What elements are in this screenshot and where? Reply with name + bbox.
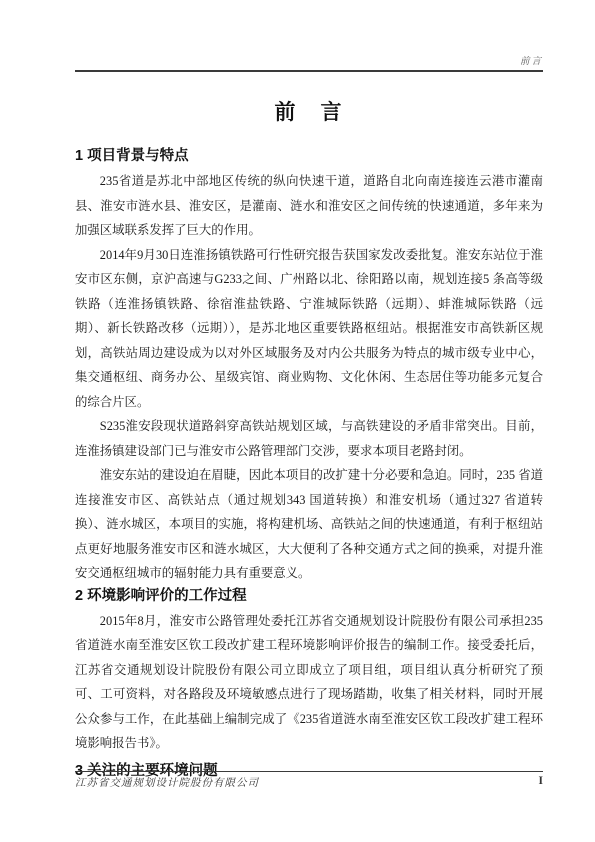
- page-number: I: [539, 775, 543, 787]
- paragraph: 淮安东站的建设迫在眉睫，因此本项目的改扩建十分必要和急迫。同时，235 省道连接…: [75, 463, 543, 586]
- document-title: 前 言: [75, 99, 543, 127]
- paragraph: 2015年8月，淮安市公路管理处委托江苏省交通规划设计院股份有限公司承担235省…: [75, 609, 543, 756]
- section-1: 1 项目背景与特点 235省道是苏北中部地区传统的纵向快速干道，道路自北向南连接…: [75, 148, 543, 586]
- section-2-heading: 2 环境影响评价的工作过程: [75, 588, 543, 605]
- page-header: 前言: [75, 0, 543, 72]
- page-footer: 江苏省交通规划设计院股份有限公司 I: [75, 771, 543, 790]
- section-1-heading: 1 项目背景与特点: [75, 148, 543, 165]
- paragraph: 235省道是苏北中部地区传统的纵向快速干道，道路自北向南连接连云港市灌南县、淮安…: [75, 169, 543, 243]
- footer-company-name: 江苏省交通规划设计院股份有限公司: [75, 775, 259, 790]
- section-2: 2 环境影响评价的工作过程 2015年8月，淮安市公路管理处委托江苏省交通规划设…: [75, 588, 543, 756]
- paragraph: 2014年9月30日连淮扬镇铁路可行性研究报告获国家发改委批复。淮安东站位于淮安…: [75, 243, 543, 415]
- document-page: 前言 前 言 1 项目背景与特点 235省道是苏北中部地区传统的纵向快速干道，道…: [0, 0, 595, 842]
- document-content: 前 言 1 项目背景与特点 235省道是苏北中部地区传统的纵向快速干道，道路自北…: [75, 72, 543, 780]
- running-header-title: 前言: [520, 53, 543, 70]
- paragraph: S235淮安段现状道路斜穿高铁站规划区域，与高铁建设的矛盾非常突出。目前，连淮扬…: [75, 414, 543, 463]
